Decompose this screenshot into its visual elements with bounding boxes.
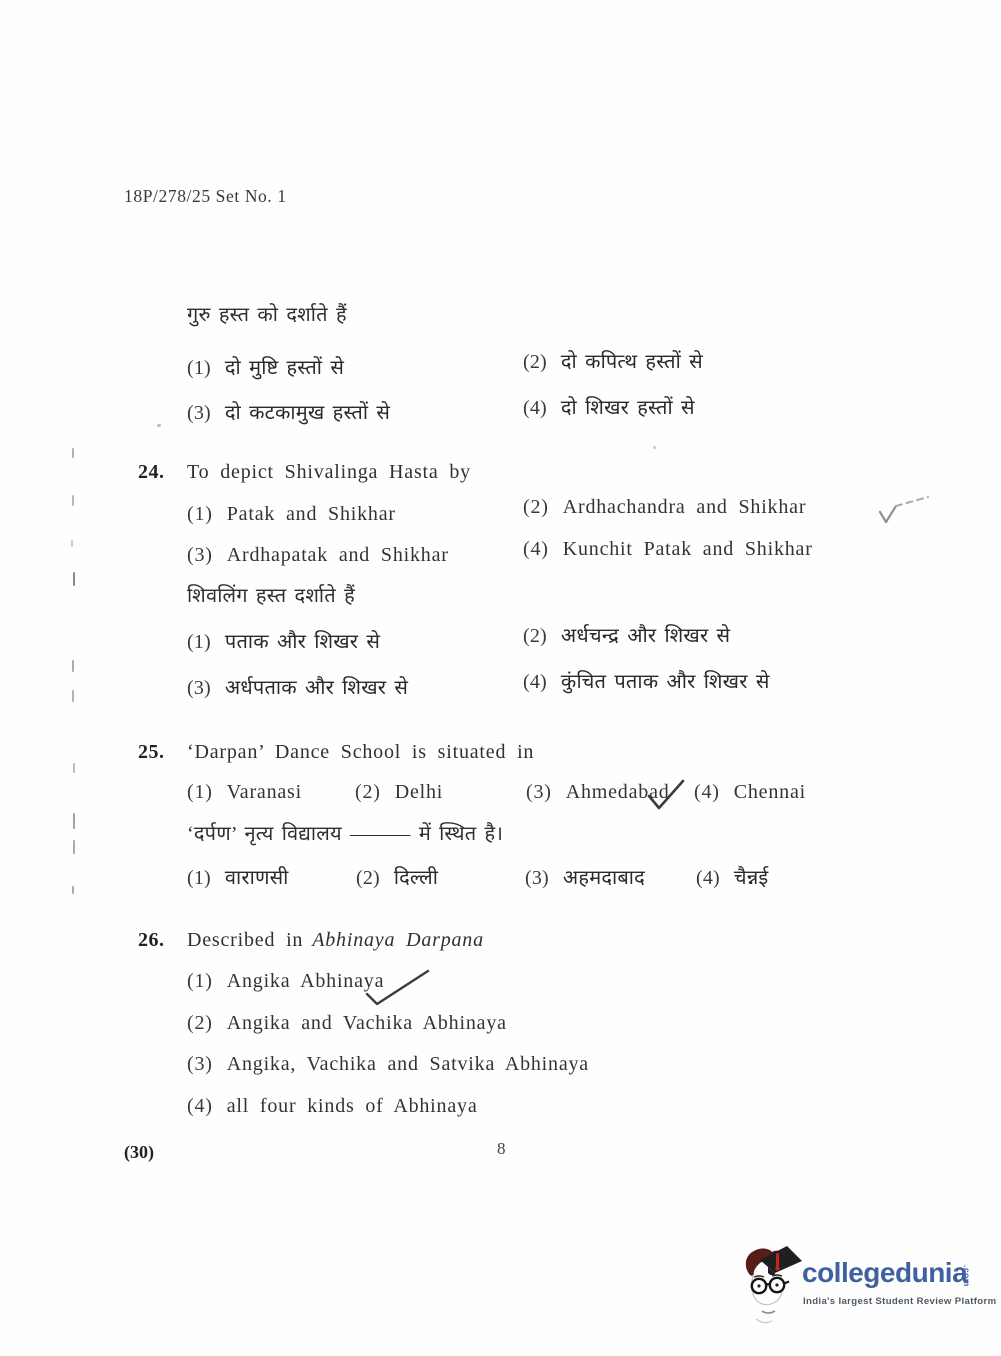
scan-artifact xyxy=(73,763,75,773)
q26-option-2: (2)Angika and Vachika Abhinaya xyxy=(187,1012,507,1035)
option-text: अर्धपताक और शिखर से xyxy=(225,677,408,699)
scan-artifact xyxy=(73,572,75,586)
scan-artifact xyxy=(72,660,74,672)
q26-stem-prefix: Described in xyxy=(187,929,303,951)
q26-option-3: (3)Angika, Vachika and Satvika Abhinaya xyxy=(187,1053,589,1076)
option-text: पताक और शिखर से xyxy=(225,631,380,653)
q25-number: 25. xyxy=(138,741,165,764)
paper-code: 18P/278/25 Set No. 1 xyxy=(124,186,287,207)
option-label: (3) xyxy=(187,544,213,567)
question-count: (30) xyxy=(124,1142,154,1163)
option-text: Chennai xyxy=(734,781,806,803)
option-label: (1) xyxy=(187,357,211,380)
logo-wordmark: collegedunia xyxy=(802,1257,967,1289)
page-number: 8 xyxy=(497,1139,506,1159)
q24-number: 24. xyxy=(138,461,165,484)
option-text: Angika Abhinaya xyxy=(227,970,385,992)
option-text: Kunchit Patak and Shikhar xyxy=(563,538,813,560)
logo-tagline: India's largest Student Review Platform xyxy=(803,1296,996,1307)
option-text: दो शिखर हस्तों से xyxy=(561,397,695,419)
q25-option-1-hindi: (1)वाराणसी xyxy=(187,863,289,890)
option-text: Ardhachandra and Shikhar xyxy=(563,496,807,518)
q24-option-4: (4)Kunchit Patak and Shikhar xyxy=(523,538,813,561)
option-text: Angika, Vachika and Satvika Abhinaya xyxy=(227,1053,589,1075)
q24-option-2: (2)Ardhachandra and Shikhar xyxy=(523,496,806,519)
scan-artifact xyxy=(73,813,75,829)
scanned-exam-page: 18P/278/25 Set No. 1 गुरु हस्त को दर्शात… xyxy=(0,0,1001,1356)
option-text: Ardhapatak and Shikhar xyxy=(227,544,449,566)
option-label: (4) xyxy=(694,781,720,804)
checkmark-icon xyxy=(872,492,934,528)
scan-artifact xyxy=(72,495,74,506)
option-text: दो कपित्थ हस्तों से xyxy=(561,351,703,373)
option-text: दो मुष्टि हस्तों से xyxy=(225,357,344,379)
q24-stem: To depict Shivalinga Hasta by xyxy=(187,461,471,484)
q26-stem: Described inAbhinaya Darpana xyxy=(187,929,484,952)
q25-stem-hindi: ‘दर्पण’ नृत्य विद्यालय ——— में स्थित है। xyxy=(187,819,503,846)
logo-domain-suffix: .com xyxy=(962,1265,972,1287)
q25-option-4: (4)Chennai xyxy=(694,781,806,804)
option-text: दो कटकामुख हस्तों से xyxy=(225,402,390,424)
collegedunia-logo: collegedunia .com India's largest Studen… xyxy=(740,1243,1000,1331)
q25-option-4-hindi: (4)चैन्नई xyxy=(696,863,768,890)
scan-artifact xyxy=(73,840,75,854)
option-label: (1) xyxy=(187,781,213,804)
q23-stem-hindi: गुरु हस्त को दर्शाते हैं xyxy=(187,300,347,327)
option-text: all four kinds of Abhinaya xyxy=(227,1095,478,1117)
option-label: (3) xyxy=(187,1053,213,1076)
option-label: (3) xyxy=(187,677,211,700)
option-label: (3) xyxy=(525,867,549,890)
q26-option-1: (1)Angika Abhinaya xyxy=(187,970,384,993)
q23-option-3-hindi: (3)दो कटकामुख हस्तों से xyxy=(187,398,390,425)
option-label: (1) xyxy=(187,970,213,993)
option-text: दिल्ली xyxy=(394,867,438,889)
option-label: (2) xyxy=(187,1012,213,1035)
q23-option-2-hindi: (2)दो कपित्थ हस्तों से xyxy=(523,347,703,374)
option-label: (2) xyxy=(523,496,549,519)
option-text: Patak and Shikhar xyxy=(227,503,396,525)
q24-option-4-hindi: (4)कुंचित पताक और शिखर से xyxy=(523,667,770,694)
q24-option-2-hindi: (2)अर्धचन्द्र और शिखर से xyxy=(523,621,730,648)
checkmark-icon xyxy=(646,778,688,812)
checkmark-icon xyxy=(364,966,434,1010)
mascot-icon xyxy=(742,1245,804,1329)
q23-option-4-hindi: (4)दो शिखर हस्तों से xyxy=(523,393,695,420)
option-label: (4) xyxy=(696,867,720,890)
q24-option-1-hindi: (1)पताक और शिखर से xyxy=(187,627,380,654)
scan-artifact xyxy=(157,424,161,427)
option-text: Angika and Vachika Abhinaya xyxy=(227,1012,507,1034)
option-text: अर्धचन्द्र और शिखर से xyxy=(561,625,730,647)
option-label: (1) xyxy=(187,867,211,890)
option-text: Delhi xyxy=(395,781,443,803)
q25-option-1: (1)Varanasi xyxy=(187,781,302,804)
option-label: (4) xyxy=(523,538,549,561)
q25-stem: ‘Darpan’ Dance School is situated in xyxy=(187,741,534,764)
option-label: (2) xyxy=(356,867,380,890)
scan-artifact xyxy=(653,446,656,449)
option-label: (3) xyxy=(526,781,552,804)
q26-option-4: (4)all four kinds of Abhinaya xyxy=(187,1095,478,1118)
q24-option-1: (1)Patak and Shikhar xyxy=(187,503,396,526)
q25-option-2-hindi: (2)दिल्ली xyxy=(356,863,438,890)
option-text: Varanasi xyxy=(227,781,302,803)
q25-option-3-hindi: (3)अहमदाबाद xyxy=(525,863,645,890)
option-label: (3) xyxy=(187,402,211,425)
q24-stem-hindi: शिवलिंग हस्त दर्शाते हैं xyxy=(187,581,355,608)
option-label: (2) xyxy=(523,625,547,648)
scan-artifact xyxy=(71,540,73,547)
option-label: (2) xyxy=(355,781,381,804)
option-label: (2) xyxy=(523,351,547,374)
q23-option-1-hindi: (1)दो मुष्टि हस्तों से xyxy=(187,353,344,380)
option-label: (1) xyxy=(187,631,211,654)
option-label: (1) xyxy=(187,503,213,526)
option-label: (4) xyxy=(187,1095,213,1118)
scan-artifact xyxy=(72,690,74,702)
scan-artifact xyxy=(72,886,74,894)
option-text: कुंचित पताक और शिखर से xyxy=(561,671,770,693)
option-text: चैन्नई xyxy=(734,867,769,889)
q26-stem-book-title: Abhinaya Darpana xyxy=(312,929,484,951)
q24-option-3: (3)Ardhapatak and Shikhar xyxy=(187,544,449,567)
scan-artifact xyxy=(72,448,74,458)
q25-option-2: (2)Delhi xyxy=(355,781,443,804)
option-label: (4) xyxy=(523,671,547,694)
option-text: वाराणसी xyxy=(225,867,289,889)
q24-option-3-hindi: (3)अर्धपताक और शिखर से xyxy=(187,673,408,700)
option-text: अहमदाबाद xyxy=(563,867,645,889)
option-label: (4) xyxy=(523,397,547,420)
q26-number: 26. xyxy=(138,929,165,952)
